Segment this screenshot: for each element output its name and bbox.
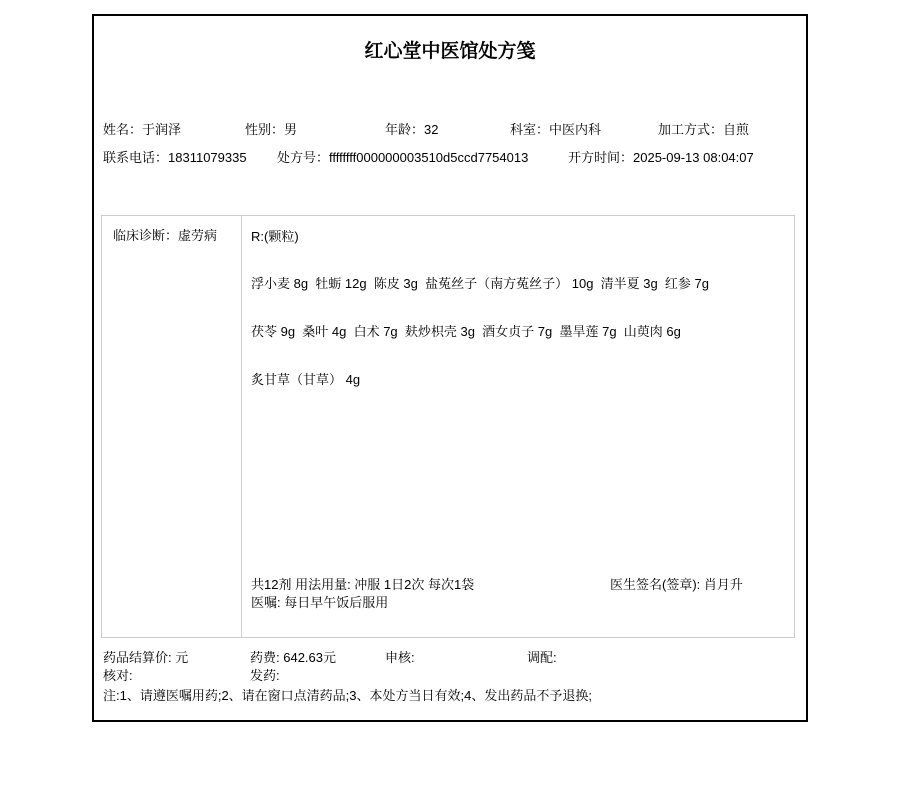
diagnosis-label: 临床诊断： bbox=[113, 228, 178, 243]
check-field: 核对: bbox=[103, 668, 133, 684]
field-processing-method: 加工方式：自煎 bbox=[658, 122, 749, 138]
rx-header: R:(颗粒) bbox=[251, 229, 299, 245]
herb-line: 炙甘草（甘草） 4g bbox=[251, 372, 360, 388]
field-label: 年龄： bbox=[385, 122, 424, 137]
fee-label: 药费: bbox=[250, 650, 283, 665]
field-age: 年龄：32 bbox=[385, 122, 438, 138]
field-label: 性别： bbox=[245, 122, 284, 137]
prescription-box: 临床诊断：虚劳病 R:(颗粒) 浮小麦 8g 牡蛎 12g 陈皮 3g 盐菟丝子… bbox=[101, 215, 795, 638]
field-label: 姓名： bbox=[103, 122, 142, 137]
field-prescription-number: 处方号：ffffffff000000003510d5ccd7754013 bbox=[277, 150, 528, 166]
doctor-advice: 医嘱: 每日早午饭后服用 bbox=[251, 595, 388, 611]
field-value: 男 bbox=[284, 122, 297, 137]
settle-price: 药品结算价: 元 bbox=[103, 650, 188, 666]
field-value: 32 bbox=[424, 122, 438, 137]
signature-label: 医生签名(签章): bbox=[610, 577, 704, 592]
field-label: 科室： bbox=[510, 122, 549, 137]
footer-note: 注:1、请遵医嘱用药;2、请在窗口点清药品;3、本处方当日有效;4、发出药品不予… bbox=[103, 688, 592, 704]
medicine-fee: 药费: 642.63元 bbox=[250, 650, 336, 666]
field-value: ffffffff000000003510d5ccd7754013 bbox=[329, 150, 528, 165]
prescription-sheet: 红心堂中医馆处方笺 姓名：于润泽 性别：男 年龄：32 科室：中医内科 加工方式… bbox=[92, 14, 808, 722]
review-field: 申核: bbox=[385, 650, 415, 666]
herb-line: 茯苓 9g 桑叶 4g 白术 7g 麸炒枳壳 3g 酒女贞子 7g 墨旱莲 7g… bbox=[251, 324, 681, 340]
prescription-content: R:(颗粒) 浮小麦 8g 牡蛎 12g 陈皮 3g 盐菟丝子（南方菟丝子） 1… bbox=[251, 216, 794, 637]
field-gender: 性别：男 bbox=[245, 122, 297, 138]
settle-price-label: 药品结算价: bbox=[103, 650, 172, 665]
field-value: 自煎 bbox=[723, 122, 749, 137]
field-label: 开方时间： bbox=[568, 150, 633, 165]
field-value: 2025-09-13 08:04:07 bbox=[633, 150, 754, 165]
usage-line: 共12剂 用法用量: 冲服 1日2次 每次1袋 bbox=[251, 577, 474, 593]
field-label: 联系电话： bbox=[103, 150, 168, 165]
field-department: 科室：中医内科 bbox=[510, 122, 601, 138]
field-prescribe-time: 开方时间：2025-09-13 08:04:07 bbox=[568, 150, 754, 166]
fee-value: 642.63元 bbox=[283, 650, 336, 665]
field-label: 处方号： bbox=[277, 150, 329, 165]
field-label: 加工方式： bbox=[658, 122, 723, 137]
signature-value: 肖月升 bbox=[704, 577, 743, 592]
page-title: 红心堂中医馆处方笺 bbox=[94, 36, 806, 63]
field-phone: 联系电话：18311079335 bbox=[103, 150, 247, 166]
herb-line: 浮小麦 8g 牡蛎 12g 陈皮 3g 盐菟丝子（南方菟丝子） 10g 清半夏 … bbox=[251, 276, 709, 292]
field-value: 于润泽 bbox=[142, 122, 181, 137]
doctor-signature: 医生签名(签章): 肖月升 bbox=[610, 577, 743, 593]
column-divider bbox=[241, 216, 242, 637]
diagnosis-value: 虚劳病 bbox=[178, 228, 217, 243]
clinical-diagnosis: 临床诊断：虚劳病 bbox=[113, 228, 217, 244]
field-patient-name: 姓名：于润泽 bbox=[103, 122, 181, 138]
prepare-field: 调配: bbox=[527, 650, 557, 666]
settle-price-unit: 元 bbox=[172, 650, 189, 665]
field-value: 中医内科 bbox=[549, 122, 601, 137]
dispense-field: 发药: bbox=[250, 668, 280, 684]
field-value: 18311079335 bbox=[168, 150, 247, 165]
